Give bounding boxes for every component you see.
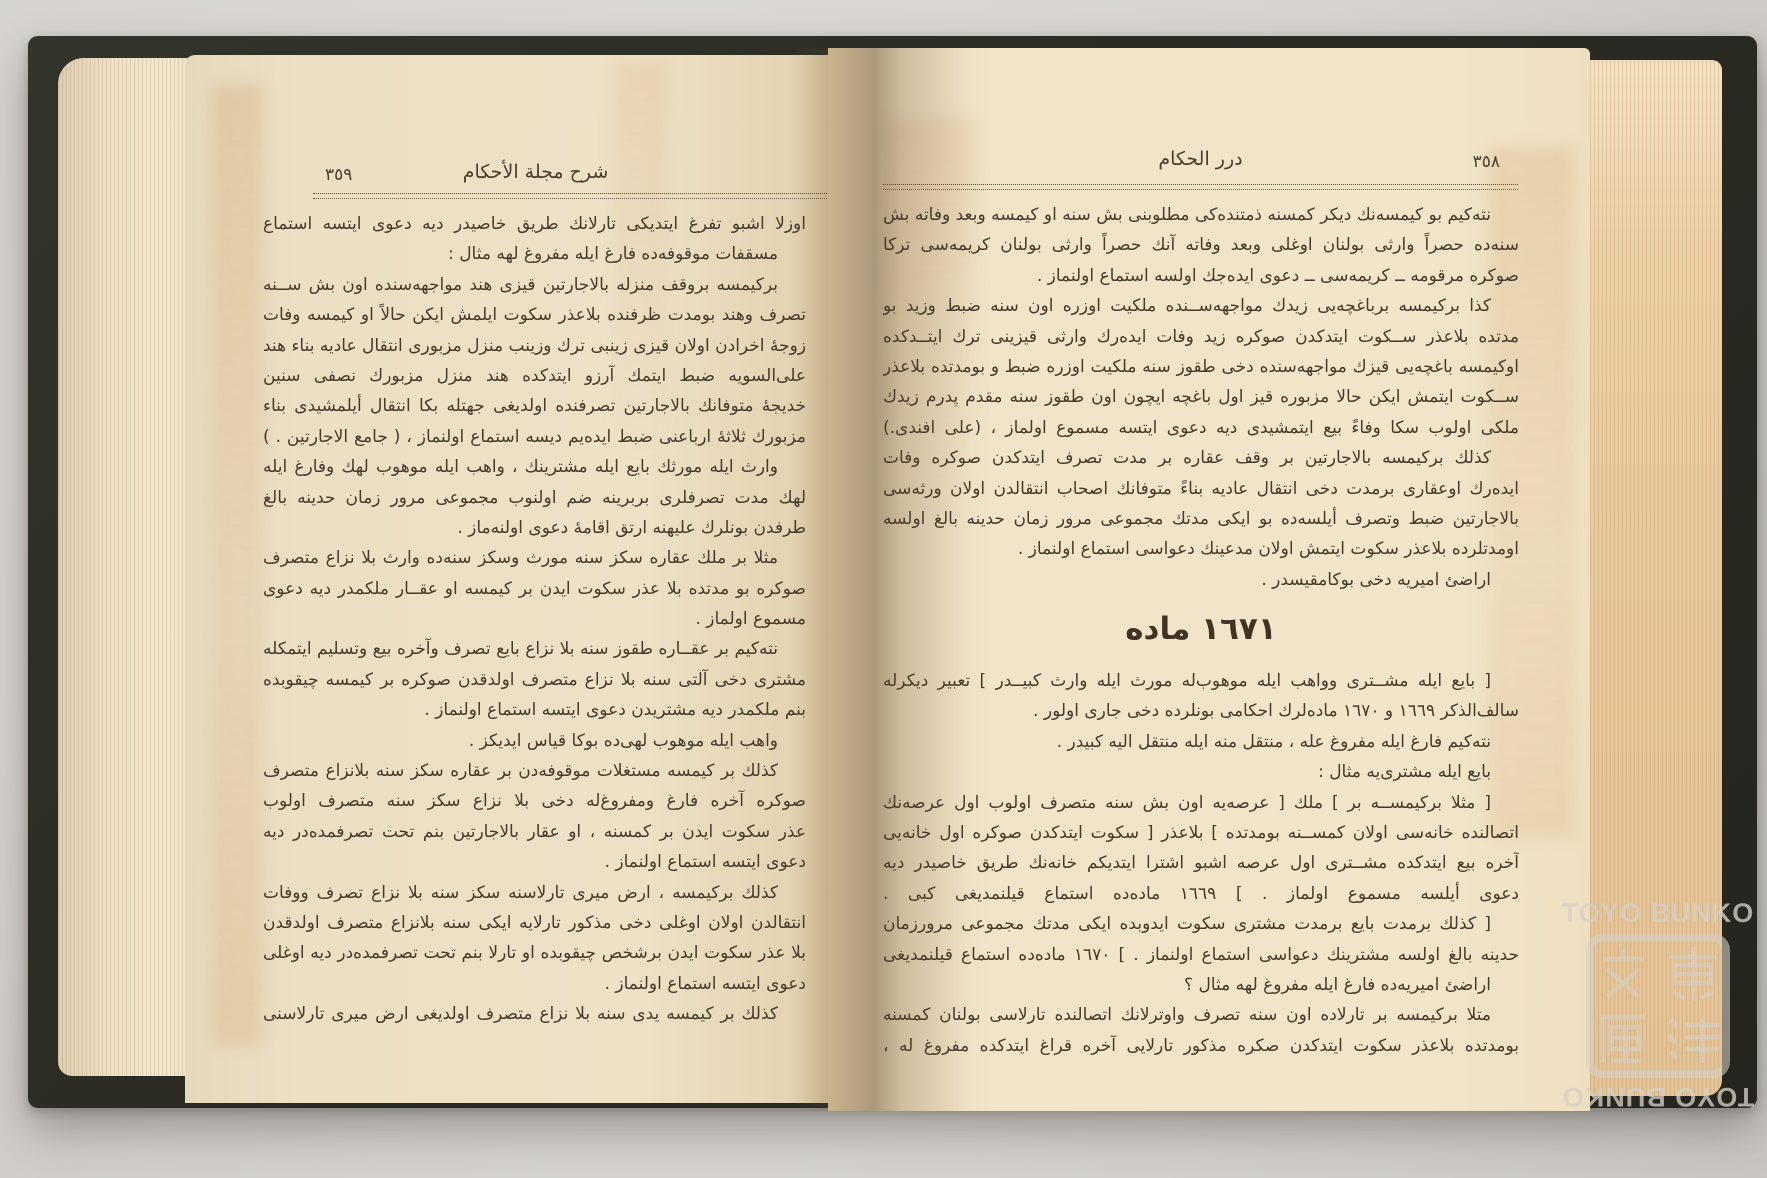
text-line: مسموع اولماز . bbox=[263, 604, 806, 634]
text-line: كذلك بر كيمسه مستغلات موقوفه‌دن بر عقاره… bbox=[263, 756, 806, 786]
text-line: متلا بركيمسه بر تارلاده اون سنه تصرف واو… bbox=[883, 1000, 1519, 1030]
text-line: بالاجارتين ضبط وتصرف أيلسه‌ده بو ايكی مد… bbox=[883, 504, 1519, 534]
text-line: مسقفات موقوفه‌ده فارغ ايله مفروغ لهه مثا… bbox=[263, 239, 806, 269]
text-line: مدتده بلاعذر ســكوت ايتدكدن صوكره زيد وف… bbox=[883, 322, 1519, 352]
text-line: خديجهٔ متوفانك بالاجارتين تصرفنده اولديغ… bbox=[263, 391, 806, 421]
page-header-title: شرح مجلة الأحكام bbox=[263, 161, 808, 183]
text-line: بايع ايله مشتری‌يه مثال : bbox=[883, 757, 1519, 787]
text-line: اوزلا اشبو تفرغ ايتديكی تارلانك طريق خاص… bbox=[263, 209, 806, 239]
text-line: كذلك بركيمسه ، ارض ميری تارلاسنه سكز سنه… bbox=[263, 878, 806, 908]
page-header-title: درر الحكام bbox=[883, 148, 1518, 170]
text-line: آخره بيع ايتدكده مشــتری اول عرصه اشبو ا… bbox=[883, 848, 1519, 878]
text-line: صوكره مرقومه ــ كريمه‌سی ــ دعوی ايده‌جك… bbox=[883, 261, 1519, 291]
page-stain bbox=[213, 85, 263, 1045]
text-line: [ مثلا بركيمســه بر ] ملك [ عرصه‌يه اون … bbox=[883, 788, 1519, 818]
text-line: كذلك بركيمسه بالاجارتين بر وقف عقاره بر … bbox=[883, 443, 1519, 473]
text-line: اراضئ اميريه دخی بوكامقيسدر . bbox=[883, 565, 1519, 595]
text-line: اوكيمسه باغچه‌يی قيزك مواجهه‌سنده دخی طق… bbox=[883, 352, 1519, 382]
text-line: حدينه بالغ اولسه مشترينك دعواسی استماع ا… bbox=[883, 940, 1519, 970]
left-page-text: اوزلا اشبو تفرغ ايتديكی تارلانك طريق خاص… bbox=[263, 209, 806, 1039]
header-rule bbox=[313, 193, 828, 199]
text-line: دعوی ايتسه استماع اولنماز . bbox=[263, 969, 806, 999]
right-page: درر الحكام ٣٥٨ نته‌كيم بو كيمسه‌نك ديكر … bbox=[828, 48, 1590, 1111]
article-heading: ١٦٧١ ماده bbox=[883, 600, 1519, 662]
text-line: كذا بركيمسه برباغچه‌يی زيدك مواجهه‌ســند… bbox=[883, 291, 1519, 321]
text-line: بركيمسه بروقف منزله بالاجارتين قيزی هند … bbox=[263, 270, 806, 300]
text-line: مشتری دخی آلتی سنه بلا نزاع متصرف اولدقد… bbox=[263, 665, 806, 695]
text-line: زوجهٔ اخرادن اولان قيزی زينبی ترك وزينب … bbox=[263, 331, 806, 361]
text-line: طرفدن بونلرك عليهنه ارتق اقامهٔ دعوی اول… bbox=[263, 513, 806, 543]
text-line: مزبورك ثلاثهٔ ارباعنی ضبط ايدەيم ديسه اس… bbox=[263, 422, 806, 452]
text-line: ملكی اولوب سكا وفاءً بيع ايتمشيدی ديه دع… bbox=[883, 413, 1519, 443]
text-line: اومدتلرده بلاعذر سكوت ايتمش اولان مدعينك… bbox=[883, 534, 1519, 564]
text-line: صوكره آخره فارغ ومفروغ‌له دخی بلا نزاع س… bbox=[263, 786, 806, 816]
text-line: مثلا بر ملك عقاره سكز سنه مورث وسكز سنه‌… bbox=[263, 543, 806, 573]
text-line: سنه‌ده حصراً وارثی بولنان اوغلی وبعد وفا… bbox=[883, 230, 1519, 260]
text-line: ايدەرك اوعقاری برمدت دخی انتقال عاديه بن… bbox=[883, 474, 1519, 504]
text-line: تصرف وهند بومدت ظرفنده بلاعذر سكوت ايلمش… bbox=[263, 300, 806, 330]
text-line: نته‌كيم بر عقــاره طقوز سنه بلا نزاع باي… bbox=[263, 634, 806, 664]
book: ٣٥٩ شرح مجلة الأحكام اوزلا اشبو تفرغ ايت… bbox=[28, 36, 1757, 1108]
page-number: ٣٥٨ bbox=[1473, 152, 1500, 172]
text-line: انتقالدن اولان اوغلی دخی مذكور تارلايه ا… bbox=[263, 908, 806, 938]
right-page-text-after-heading: [ بايع ايله مشــتری وواهب ايله موهوب‌له … bbox=[883, 666, 1519, 1062]
text-line: دعوی ايتسه استماع اولنماز . bbox=[263, 847, 806, 877]
text-line: بنم ملكمدر ديه مشتريدن دعوی ايتسه استماع… bbox=[263, 695, 806, 725]
header-rule bbox=[883, 184, 1518, 190]
text-line: [ كذلك برمدت بايع برمدت مشتری سكوت ايدوب… bbox=[883, 909, 1519, 939]
text-line: نته‌كيم بو كيمسه‌نك ديكر كمسنه ذمتنده‌كی… bbox=[883, 200, 1519, 230]
left-page: ٣٥٩ شرح مجلة الأحكام اوزلا اشبو تفرغ ايت… bbox=[185, 55, 828, 1103]
text-line: عذر سكوت ايدن بر كمسنه ، او عقار بالاجار… bbox=[263, 817, 806, 847]
text-line: بلا عذر سكوت ايدن برشخص چيقوبده او تارلا… bbox=[263, 938, 806, 968]
text-line: نته‌كيم فارغ ايله مفروغ عله ، منتقل منه … bbox=[883, 727, 1519, 757]
text-line: سالف‌الذكر ١٦٦٩ و ١٦٧٠ ماده‌لرك احكامی ب… bbox=[883, 696, 1519, 726]
text-line: صوكره بو مدتده بلا عذر سكوت ايدن بر كيمس… bbox=[263, 574, 806, 604]
text-line: بومدتده بلاعذر سكوت ايتدكدن صكره مذكور ت… bbox=[883, 1031, 1519, 1061]
text-line: دعوی أيلسه مسموع اولماز . ] ١٦٦٩ ماده‌ده… bbox=[883, 879, 1519, 909]
text-line: واهب ايله موهوب لهی‌ده بوكا قياس ايديكز … bbox=[263, 726, 806, 756]
text-line: علی‌السويه ضبط ايتمك آرزو ايتدكده هند من… bbox=[263, 361, 806, 391]
right-page-edges bbox=[1590, 60, 1722, 1096]
text-line: [ بايع ايله مشــتری وواهب ايله موهوب‌له … bbox=[883, 666, 1519, 696]
text-line: اراضئ اميريه‌ده فارغ ايله مفروغ لهه مثال… bbox=[883, 970, 1519, 1000]
text-line: كذلك بر كيمسه يدی سنه بلا نزاع متصرف اول… bbox=[263, 999, 806, 1029]
text-line: ســكوت ايتمش ايكن حالا مزبوره قيز اول با… bbox=[883, 382, 1519, 412]
text-line: وارث ايله مورثك بايع ايله مشترينك ، واهب… bbox=[263, 452, 806, 482]
text-line: اتصالنده خانه‌سی اولان كمســنه بومدتده ]… bbox=[883, 818, 1519, 848]
text-line: لهك مدت تصرفلری بربرينه ضم اولنوب مجموعی… bbox=[263, 483, 806, 513]
right-page-text-before-heading: نته‌كيم بو كيمسه‌نك ديكر كمسنه ذمتنده‌كی… bbox=[883, 200, 1519, 596]
